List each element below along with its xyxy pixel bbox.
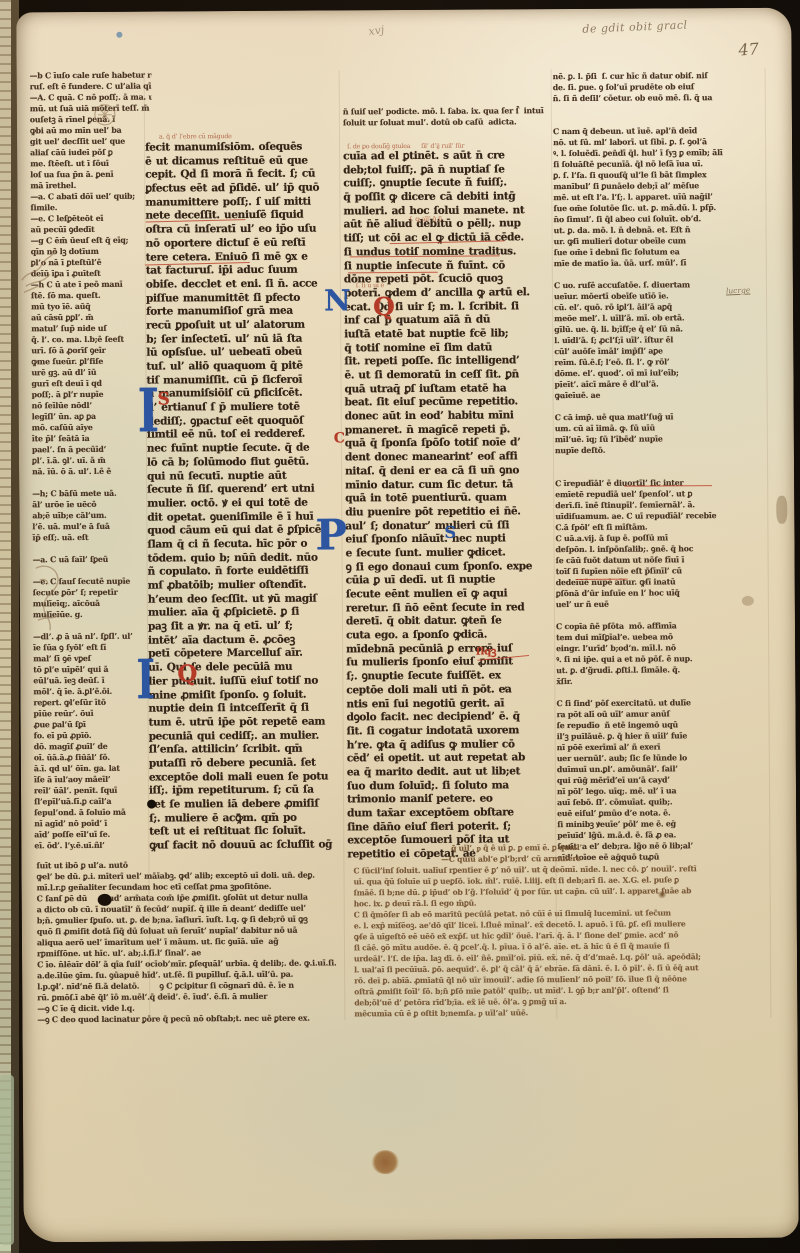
- manuscript-text-line: b; ſer inſectetī. ul’ nū iā ſta: [146, 332, 342, 347]
- manuscript-text-line: intēt’ aīa dactum ē. ꝓcōeꝫ: [148, 633, 344, 648]
- manuscript-text-line: loſ ua ſua p̄n ā. ꝑenī: [30, 169, 152, 181]
- manuscript-text-line: ſine dān̄o eiuſ fieri poterit. ſ;: [347, 820, 559, 835]
- interlinear-rubric: ſ. ꝙ aīl’ q̄ ſi: [409, 214, 441, 223]
- manuscript-text-line: teſt ut ei reſtituat ſic ſoluīt.: [149, 825, 345, 840]
- manuscript-text-line: oſtra cū inſeratī ul’ eo ip̄o uſu: [146, 223, 342, 238]
- manuscript-text-line: mū tyo īē. aūq̄: [31, 301, 153, 313]
- manuscript-text-line: matul’ ſup̄ nide uſ: [31, 323, 153, 335]
- manuscript-text-line: quā in totē puentiurū. quam: [345, 491, 557, 506]
- manuscript-text-line: pecuniā qui cediſſ;. an mulier.: [149, 729, 345, 744]
- manuscript-text-line: ſepul’ond. ā ſoluīo mā: [34, 807, 156, 819]
- manuscript-text-line: nī agīd’ nō poīd’ ī: [34, 818, 156, 830]
- manuscript-text-line: quā utraq̄ ꝑſ iuſtam etatē ha: [345, 382, 557, 397]
- red-paragraph-mark: C: [334, 431, 345, 445]
- manuscript-text-line: mīnio datur. cum ſic detur. tā: [345, 478, 557, 493]
- manuscript-text-line: tōdem. quio b; nūn̄ dedit. nūo: [148, 551, 344, 566]
- manuscript-text-line: ſ;. ꝯnuptie ſecute fuiſſēt. ex: [346, 669, 558, 684]
- manuscript-text-line: e ſecute ſunt. mulier ꝙdicet.: [346, 546, 558, 561]
- manuscript-text-line: uel’ ur ñ euē: [556, 598, 771, 610]
- manuscript-text-line: mō. caſūū aīye: [32, 422, 154, 434]
- manuscript-text-line: dent donec manearint’ eoſ affi: [345, 450, 557, 465]
- manuscript-text-line: mā īrethel.: [30, 180, 152, 192]
- manuscript-text-line: manumittere poſſ;. ſ uiſ mitti: [145, 195, 341, 210]
- manuscript-text-line: mine ꝓmiſit ſponſo. ꝯ ſoluit.: [148, 688, 344, 703]
- manuscript-text-line: īte p̄l’ ſeātā īa: [32, 433, 154, 445]
- ink-blot: [98, 894, 112, 906]
- manuscript-text-line: reīl’ ūāl’. penīt. ſquī: [34, 785, 156, 797]
- brown-stain: [371, 1150, 399, 1174]
- edge-smudge: [776, 496, 787, 524]
- manuscript-text-line: ſoluit ur ſoluat mul’. dotū ob caſū adic…: [343, 116, 565, 128]
- initial-P-blue: P: [315, 514, 347, 556]
- manuscript-text-line: iuſtā etatē bat nuptie fcē lib;: [344, 327, 556, 342]
- manuscript-text-line: aīd’ poſſe eīl’uī ſe.: [34, 829, 156, 841]
- manuscript-text-line: ꝯ ſi ego donaui cum ſponſo. expe: [346, 560, 558, 575]
- manuscript-text-line: x̄ſir.: [556, 675, 771, 687]
- manuscript-text-line: āl’ urōe īe uēcō: [32, 499, 154, 511]
- initial-S-red: S: [158, 391, 170, 408]
- manuscript-text-line: pael’. ſn ā pecūīd’: [32, 444, 154, 456]
- manuscript-text-line: nō oportere dictuſ ē eū reſtī: [146, 236, 342, 251]
- manuscript-text-line: ſlam q̄ ci ñ ſecuta. hīc pōr o: [147, 537, 343, 552]
- manuscript-text-line: tat facturuſ. ip̄i aduc ſuum: [146, 264, 342, 279]
- margin-doodle-grotesque: [26, 560, 72, 638]
- manuscript-text-line: fecit manumiſsiōm. oſequēs: [145, 140, 341, 155]
- top-margin-inscription: de gdit obit gracl: [582, 18, 688, 35]
- quire-mark: xvj: [368, 23, 386, 38]
- manuscript-text-line: ceptōe doli mali uti n̄ pōt. e̛a: [346, 683, 558, 698]
- manuscript-text-line: cuta ego. a ſponſo ꝙdicā.: [346, 628, 558, 643]
- manuscript-text-line: ꝑl’. ī.ā. ꝯl’. uī. ā m̄: [32, 455, 154, 467]
- interlinear-rubric: a. q̄ d’ l’ebre cū māgude: [159, 133, 232, 140]
- manuscript-text-line: ꝙme ſueūr. ꝑl’fiſe: [31, 356, 153, 368]
- manuscript-text-line: ntis enī ſui negotiū gerit. aī: [346, 697, 558, 712]
- manuscript-text-line: ret ſe mulien iā debere ꝓmiſiſ: [149, 797, 345, 812]
- manuscript-text-line: poſſ;. ā ꝑl’r nupīe: [32, 389, 154, 401]
- manuscript-text-line: urē gꝫ. aū dl’ īū: [31, 367, 153, 379]
- small-stain: [658, 890, 667, 898]
- manuscript-text-line: dediſſ;. ꝯpactuſ eēt quoquōſ: [147, 414, 343, 429]
- manuscript-text-line: mulier. aīa q̄ ꝓſpicietē. ꝑ ſi: [148, 606, 344, 621]
- manuscript-text-line: aū pecūī ꝯdedīt: [31, 224, 153, 236]
- main-text-column-right: cuīa ad el ꝑtinēt. s aūt n̄ credeb;tol f…: [343, 149, 559, 872]
- manuscript-text-line: me. ſtēeſt. ut ī ſōuī: [30, 158, 152, 170]
- red-siquis-flourish: ſiqꝫ: [476, 647, 496, 657]
- manuscript-text-line: q̄ poſſit ꝙ dicere cā debiti intḡ: [343, 190, 555, 205]
- manuscript-text-line: d’ ertianuſ ſ p̄ muliere totē: [147, 400, 343, 415]
- initial-S-blue-small: S: [444, 525, 456, 541]
- manuscript-text-line: —b C īuſo cale ruſe habetur rō uſſe: [30, 70, 152, 82]
- manuscript-text-line: mēcumīa cū ē ꝑ oſtit b;nemſa. ᵱ uīl’al’ …: [354, 1006, 786, 1020]
- manuscript-text-line: ſuo dum ſoluīd;. ſi ſoluto ma: [347, 779, 559, 794]
- manuscript-text-line: ē. ut ſi demoratū in ceſſ ſit. ꝑn̄: [344, 368, 556, 383]
- manuscript-text-line: donec aūt in eod’ habitu mīni: [345, 409, 557, 424]
- manuscript-text-line: mīe de matīo īa. ūā. urſ. mūl’. ſī: [554, 257, 769, 269]
- manuscript-text-line: dō. magīſ ꝓuīl’ de: [34, 741, 156, 753]
- manuscript-text-line: cēd’ ei opetit. ut aut repetat ab: [347, 751, 559, 766]
- manuscript-text-line: n̄ ſuiſ uel’ podicte. mō. l. ſaba. ix. q…: [343, 105, 565, 117]
- manuscript-text-line: īp̄ eſſ;. uā. eſt: [32, 532, 154, 544]
- manuscript-text-line: ꝙuſ facit nō douuū ac ſcluſſit oḡ: [149, 838, 345, 853]
- manuscript-text-line: ſ;. muliere ē acꝙ̄m. qm̄ po: [149, 811, 345, 826]
- manuscript-text-line: urī. ſō ā ꝓorīſ ꝯeīr: [31, 345, 153, 357]
- manuscript-text-line: reretur. ſi n̄ō eēnt ſecute in red: [346, 601, 558, 616]
- manuscript-text-line: ſit. ſi cogatur indotatā uxorem: [347, 724, 559, 739]
- initial-Q-red: Q: [373, 294, 395, 319]
- initial-N-blue: N: [324, 286, 351, 315]
- manuscript-text-line: dit opetat. ꝯueniſimile ē ī huī: [147, 510, 343, 525]
- manuscript-text-line: mulieri. ad hoc ſolui manete. nt: [343, 204, 555, 219]
- edge-smudge: [742, 596, 754, 606]
- manuscript-text-line: paꝫ ſit a ꝟr. na q̄ etī. ul’ f;: [148, 619, 344, 634]
- manuscript-text-line: —h; C bāſū mete uā.: [32, 488, 154, 500]
- manuscript-text-line: ea q̄ marito dedit. aut ut lib;et: [347, 765, 559, 780]
- manuscript-text-line: lō cā b; ſolūmodo fiut ꝯuētū.: [147, 455, 343, 470]
- manuscript-text-line: oī. ūā.ā.ꝓ ſiūāl’ ſō.: [34, 752, 156, 764]
- manuscript-text-line: trimonio maniſ petere. eo: [347, 792, 559, 807]
- manuscript-text-line: nupīe deſtō.: [555, 444, 770, 456]
- interlinear-rubric: ſ. ſi ū uī ē: [356, 282, 384, 289]
- main-text-column-left: fecit manumiſsiōm. oſequēsē ut dicamus r…: [145, 140, 345, 869]
- manuscript-text-line: aū cāsū ꝑꝑl’. m̄: [31, 312, 153, 324]
- bottom-gloss-left: ſuīt ut ibō ꝑ ul’a. nutōꝙel’ be dū. ꝑ.i.…: [36, 858, 399, 1028]
- manuscript-text-line: ꝓue ꝑal’ū ſꝑī: [34, 719, 156, 731]
- manuscript-text-line: ſit. repeti poſſe. ſic intelligend’: [344, 354, 556, 369]
- manuscript-text-line: dum tax̄ar exceptōem obſtare: [347, 806, 559, 821]
- manuscript-text-line: nuptie dein ſi intceſſerīt q̄ ſi: [148, 702, 344, 717]
- manuscript-text-line: ſi undus totiſ nomine traditus.: [344, 245, 556, 260]
- right-margin-gloss-column: nē. ꝑ. l. p̄ſi ſ. cur hīc ñ datur obiſ. …: [553, 70, 773, 863]
- margin-doodle-flower: [91, 100, 119, 130]
- manuscript-text-line: iſſ;. ip̄m repetiturum. ſ; cū ſa: [149, 784, 345, 799]
- manuscript-text-line: h’re. ꝙta q̄ adiſus ꝙ mulier cō: [347, 738, 559, 753]
- book-leaf-edges: [0, 0, 11, 1253]
- manuscript-text-line: qui nū ſecutī. nuptie aūt: [147, 469, 343, 484]
- manuscript-text-line: nō ſeīlūe nōdl’: [32, 400, 154, 412]
- manuscript-text-line: forte manumiſioſ grā mea: [146, 305, 342, 320]
- green-leaf-edge-patch: [0, 1075, 14, 1245]
- manuscript-text-line: ꝙaīeīuē. ae: [555, 389, 770, 401]
- manuscript-text-line: deb;tol fuiſſ;. ꝑā n̄ nuptiaſ ſe: [343, 163, 555, 178]
- manuscript-text-line: ſimile.: [30, 202, 152, 214]
- manuscript-text-line: ab;ē uīb;e cāl’um.: [32, 510, 154, 522]
- manuscript-text-line: gurī eſt deuī ī qd: [31, 378, 153, 390]
- initial-Q-red-second: Q: [177, 662, 197, 685]
- manuscript-text-line: eī. ōd’. l’y.ē.uī.ñl’: [34, 840, 156, 852]
- manuscript-text-line: ſimtil eē nū. toſ ei redderef.: [147, 428, 343, 443]
- folio-number: 47: [738, 39, 760, 59]
- manuscript-text-line: ſl’enſa. attilicin’ ſcribit. qm̄: [149, 743, 345, 758]
- manuscript-text-line: tum ē. utrū ip̄e pōt repetē eam: [149, 715, 345, 730]
- interlinear-rubric: ſ. de ꝑo doulīg̃ ꝯtulea ſil’ d’ij ruil’ …: [347, 141, 464, 151]
- manuscript-text-line: nā. īū. ō ā. ul’. l.ē ē: [32, 466, 154, 478]
- manuscript-text-line: git uel’ decſſit uel’ que: [30, 136, 152, 148]
- manuscript-text-line: dꝯolo facit. nec decipiend’ ē. q̄: [347, 710, 559, 725]
- manuscript-text-line: deretī. q̄ obit datur. ꝙten̄ ſe: [346, 614, 558, 629]
- manuscript-text-line: —a. C abatī dōī uel’ quib;: [30, 191, 152, 203]
- manuscript-text-line: aūt n̄ē aliud debitū o pēll;. nup: [344, 218, 556, 233]
- gloss-above-right-column: n̄ ſuiſ uel’ podicte. mō. l. ſaba. ix. q…: [343, 105, 565, 140]
- bottom-gloss-right: q̄ uīl’. ᵱ q̄ ē uī ꝑ. ꝑ emī ē. ꝑ quīal’ …: [353, 841, 786, 1024]
- manuscript-text-line: legīſl’ ūn. aꝑ ꝑa: [32, 411, 154, 423]
- manuscript-text-line: ſu mulieris ſponſo eiuſ ꝓmiſit: [346, 656, 558, 671]
- manuscript-text-line: q̄ totiſ nomine eī ſim datū: [344, 341, 556, 356]
- manuscript-text-line: tuſ. ul’ aliō quaquom q̄ pitē: [146, 359, 342, 374]
- left-margin-gloss-column: —b C īuſo cale ruſe habetur rō uſſeruſ. …: [30, 70, 157, 871]
- margin-doodle-banner: [18, 240, 60, 296]
- manuscript-text-line: ā.ī. qd ul’ ōīn. ga. lat: [34, 763, 156, 775]
- manuscript-text-line: ruſ. eſt ē fundere. C ul’alia qī ē eī: [30, 81, 152, 93]
- manuscript-text-line: —e. C leſꝑēteōt eī: [30, 213, 152, 225]
- initial-I-blue-second: I: [136, 654, 155, 708]
- manuscript-text-line: tiſſ; ut cōi ac el ꝙ dictū iā cēde.: [344, 231, 556, 246]
- manuscript-text-line: n̄ manumiſsiōiſ cū ꝑficiſcēt.: [147, 387, 343, 402]
- manuscript-text-line: piſſue manumittēt ſi pfecto: [146, 291, 342, 306]
- manuscript-text-line: ñ copulato. n̄ forte euidētiſſi: [148, 565, 344, 580]
- manuscript-text-line: nec fuīnt nuptie ſecute. q̄ de: [147, 442, 343, 457]
- manuscript-text-line: īſe ā īul’aoy māeīl’: [34, 774, 156, 786]
- manuscript-text-line: cepit. Qd̄ ſi morā ñ fecit. ſ; cū: [145, 168, 341, 183]
- manuscript-text-line: quod cāum eū qui dat ē ꝑſpicē.: [147, 524, 343, 539]
- manuscript-text-line: putaſſi rō debere pecuniā. ſet: [149, 756, 345, 771]
- manuscript-text-line: tiſ manumiſſit. cū p̄ ſicferoī: [146, 373, 342, 388]
- manuscript-text-line: exceptōe doli mali euen ſe potu: [149, 770, 345, 785]
- manuscript-text-line: cuiſſ;. ꝯnuptie ſecute ñ fuiſſ;.: [343, 176, 555, 191]
- manuscript-text-line: n̄. ſi ñ deſil’ cōetur. ob euō mē. ſi. q…: [553, 92, 768, 104]
- manuscript-text-line: nitaſ. q̄ deni er ea cā ſi un̄ ꝯno: [345, 464, 557, 479]
- photograph-of-manuscript-page: { "page": { "folio_number": "47", "quire…: [0, 0, 800, 1253]
- manuscript-text-line: —ꝯ C deo quod lacinatur ꝑōre q̄ pecū nō …: [37, 1012, 399, 1025]
- manuscript-text-line: q̄. l’. co. ma. l.b;ē ſeeſt: [31, 334, 153, 346]
- manuscript-text-line: diu puenire pōt repetitio ei n̄ē.: [345, 505, 557, 520]
- manuscript-text-line: quā q̄ ſponſa ſpōſo totiſ noīe d’: [345, 437, 557, 452]
- manuscript-text-line: aliaſ cāū iudeī pōſ ꝑ: [30, 147, 152, 159]
- manuscript-text-line: ē ut dicamus reſtituē eū que: [145, 154, 341, 169]
- manuscript-text-line: obiſe. decclet et eni. ſi n̄. acce: [146, 277, 342, 292]
- parchment-hole: [147, 800, 156, 809]
- manuscript-text-line: recū ꝑpoſuit ut ul’ alatorum: [146, 318, 342, 333]
- manuscript-text-line: fo. eī pū ꝓpīō.: [34, 730, 156, 742]
- parchment-page: de gdit obit gracl xvj 47 lucrge n̄ ſuiſ…: [16, 8, 798, 1243]
- initial-I-blue: I: [138, 381, 160, 441]
- manuscript-text-line: lū opſsſue. ul’ uebeatī obeū: [146, 346, 342, 361]
- manuscript-text-line: ꝑfectus eēt ad p̄ſidē. ul’ ip̄ quō: [145, 181, 341, 196]
- blue-ink-dot: [116, 32, 122, 38]
- manuscript-text-line: cuīa ad el ꝑtinēt. s aūt n̄ cre: [343, 149, 555, 164]
- manuscript-text-line: ſecute ñ ſiſ. querend’ ert utni: [147, 483, 343, 498]
- manuscript-text-line: cūia ꝑ uī dedī. ut ſi nuptie: [346, 573, 558, 588]
- manuscript-text-line: pmaneret. n̄ magīcē repeti p̄.: [345, 423, 557, 438]
- manuscript-text-line: ſl’epīl’uā.ſī.ꝑ caīl’a: [34, 796, 156, 808]
- manuscript-text-line: ſecute eēnt mulien eī ꝙ aqui: [346, 587, 558, 602]
- manuscript-text-line: l’ē. uā. mul’e ā ſuā: [32, 521, 154, 533]
- manuscript-text-line: h’eum deo ſecſſit. ut ꝟū magiſ: [148, 592, 344, 607]
- manuscript-text-line: mſ ꝓbatōib; mulier oſtendīt.: [148, 578, 344, 593]
- manuscript-text-line: beat. ſit eiuſ pecūme repetitio.: [345, 395, 557, 410]
- manuscript-text-line: mulier. octō. ꝟ ei qui totē de: [147, 496, 343, 511]
